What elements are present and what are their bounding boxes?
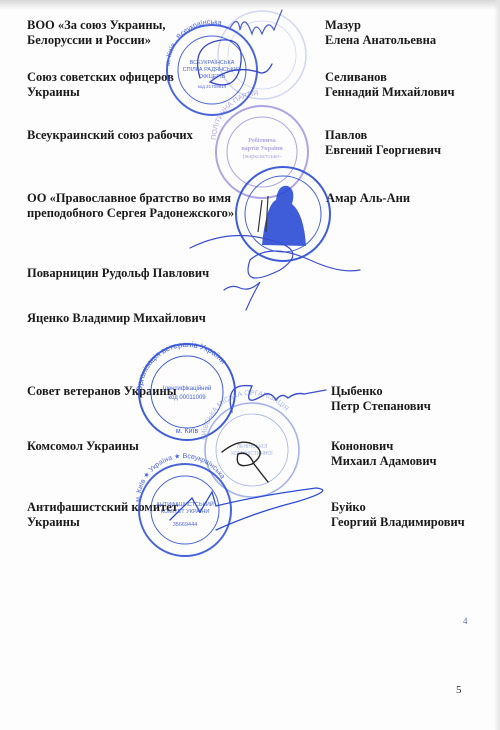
org-label-3: Всеукраинский союз рабочих <box>27 128 193 143</box>
svg-text:м. Київ: м. Київ <box>176 428 199 435</box>
signer-name-8: КононовичМихаил Адамович <box>331 439 437 469</box>
svg-text:код 21709814: код 21709814 <box>198 84 227 89</box>
signer-name-9: БуйкоГеоргий Владимирович <box>331 500 465 530</box>
org-label-8: Комсомол Украины <box>27 439 139 454</box>
svg-text:м. Київ · Всеукраїнська: м. Київ · Всеукраїнська <box>165 19 222 66</box>
org-label-7: Совет ветеранов Украины <box>27 384 176 399</box>
org-label-1: ВОО «За союз Украины,Белоруссии и России… <box>27 18 165 48</box>
stamps-and-signatures: м. Київ · Всеукраїнська ВСЕУКРАЇНСЬКА СП… <box>0 0 500 730</box>
stamp-workers-party-icon: ПОЛІТИЧНА ПАРТІЯ Робітнича партія Україн… <box>211 90 308 198</box>
org-label-5: Поварницин Рудольф Павлович <box>27 266 209 281</box>
signer-name-7: ЦыбенкоПетр Степанович <box>331 384 431 414</box>
svg-text:КОМУНІСТИЧНОЇ: КОМУНІСТИЧНОЇ <box>231 450 273 457</box>
svg-text:Робітнича: Робітнича <box>248 137 275 144</box>
svg-text:ПОЛІТИЧНА ПАРТІЯ: ПОЛІТИЧНА ПАРТІЯ <box>211 90 259 140</box>
svg-text:КИЇВСЬКА МІСЬКА ОРГАНІЗАЦІЯ: КИЇВСЬКА МІСЬКА ОРГАНІЗАЦІЯ <box>201 390 290 440</box>
svg-text:ОФІЦЕРІВ: ОФІЦЕРІВ <box>199 74 226 80</box>
org-label-9: Антифашистский комитетУкраины <box>27 500 178 530</box>
org-label-4: ОО «Православное братство во имяпреподоб… <box>27 191 234 221</box>
svg-text:ЛЕНІНСЬКОЇ: ЛЕНІНСЬКОЇ <box>237 443 268 450</box>
page-right-edge <box>494 0 500 730</box>
stamp-officers-icon: м. Київ · Всеукраїнська ВСЕУКРАЇНСЬКА СП… <box>165 19 257 115</box>
svg-text:ВСЕУКРАЇНСЬКА: ВСЕУКРАЇНСЬКА <box>190 59 235 66</box>
svg-text:партія України: партія України <box>241 146 283 152</box>
handwritten-page-mark: 4 <box>463 616 468 626</box>
page-number: 5 <box>456 684 462 696</box>
signer-name-2: СеливановГеннадий Михайлович <box>325 70 455 100</box>
svg-text:СПІЛКА РАДЯНСЬКИХ: СПІЛКА РАДЯНСЬКИХ <box>183 67 242 73</box>
signer-name-1: МазурЕлена Анатольевна <box>325 18 436 48</box>
faint-stamp-icon <box>218 11 306 99</box>
svg-text:(марксистсько-: (марксистсько- <box>243 153 281 160</box>
stamp-orthodox-icon <box>236 167 330 261</box>
page-top-shadow <box>0 0 500 10</box>
signer-name-4: Амар Аль-Ани <box>326 191 410 206</box>
stamp-komsomol-icon: КИЇВСЬКА МІСЬКА ОРГАНІЗАЦІЯ ЛЕНІНСЬКОЇ К… <box>201 390 299 497</box>
signer-name-3: ПавловЕвгений Георгиевич <box>325 128 441 158</box>
org-label-6: Яценко Владимир Михайлович <box>27 311 206 326</box>
org-label-2: Союз советских офицеровУкраины <box>27 70 174 100</box>
svg-text:м. Київ ★ Україна ★ Всеукраїнс: м. Київ ★ Україна ★ Всеукраїнська <box>135 452 226 502</box>
